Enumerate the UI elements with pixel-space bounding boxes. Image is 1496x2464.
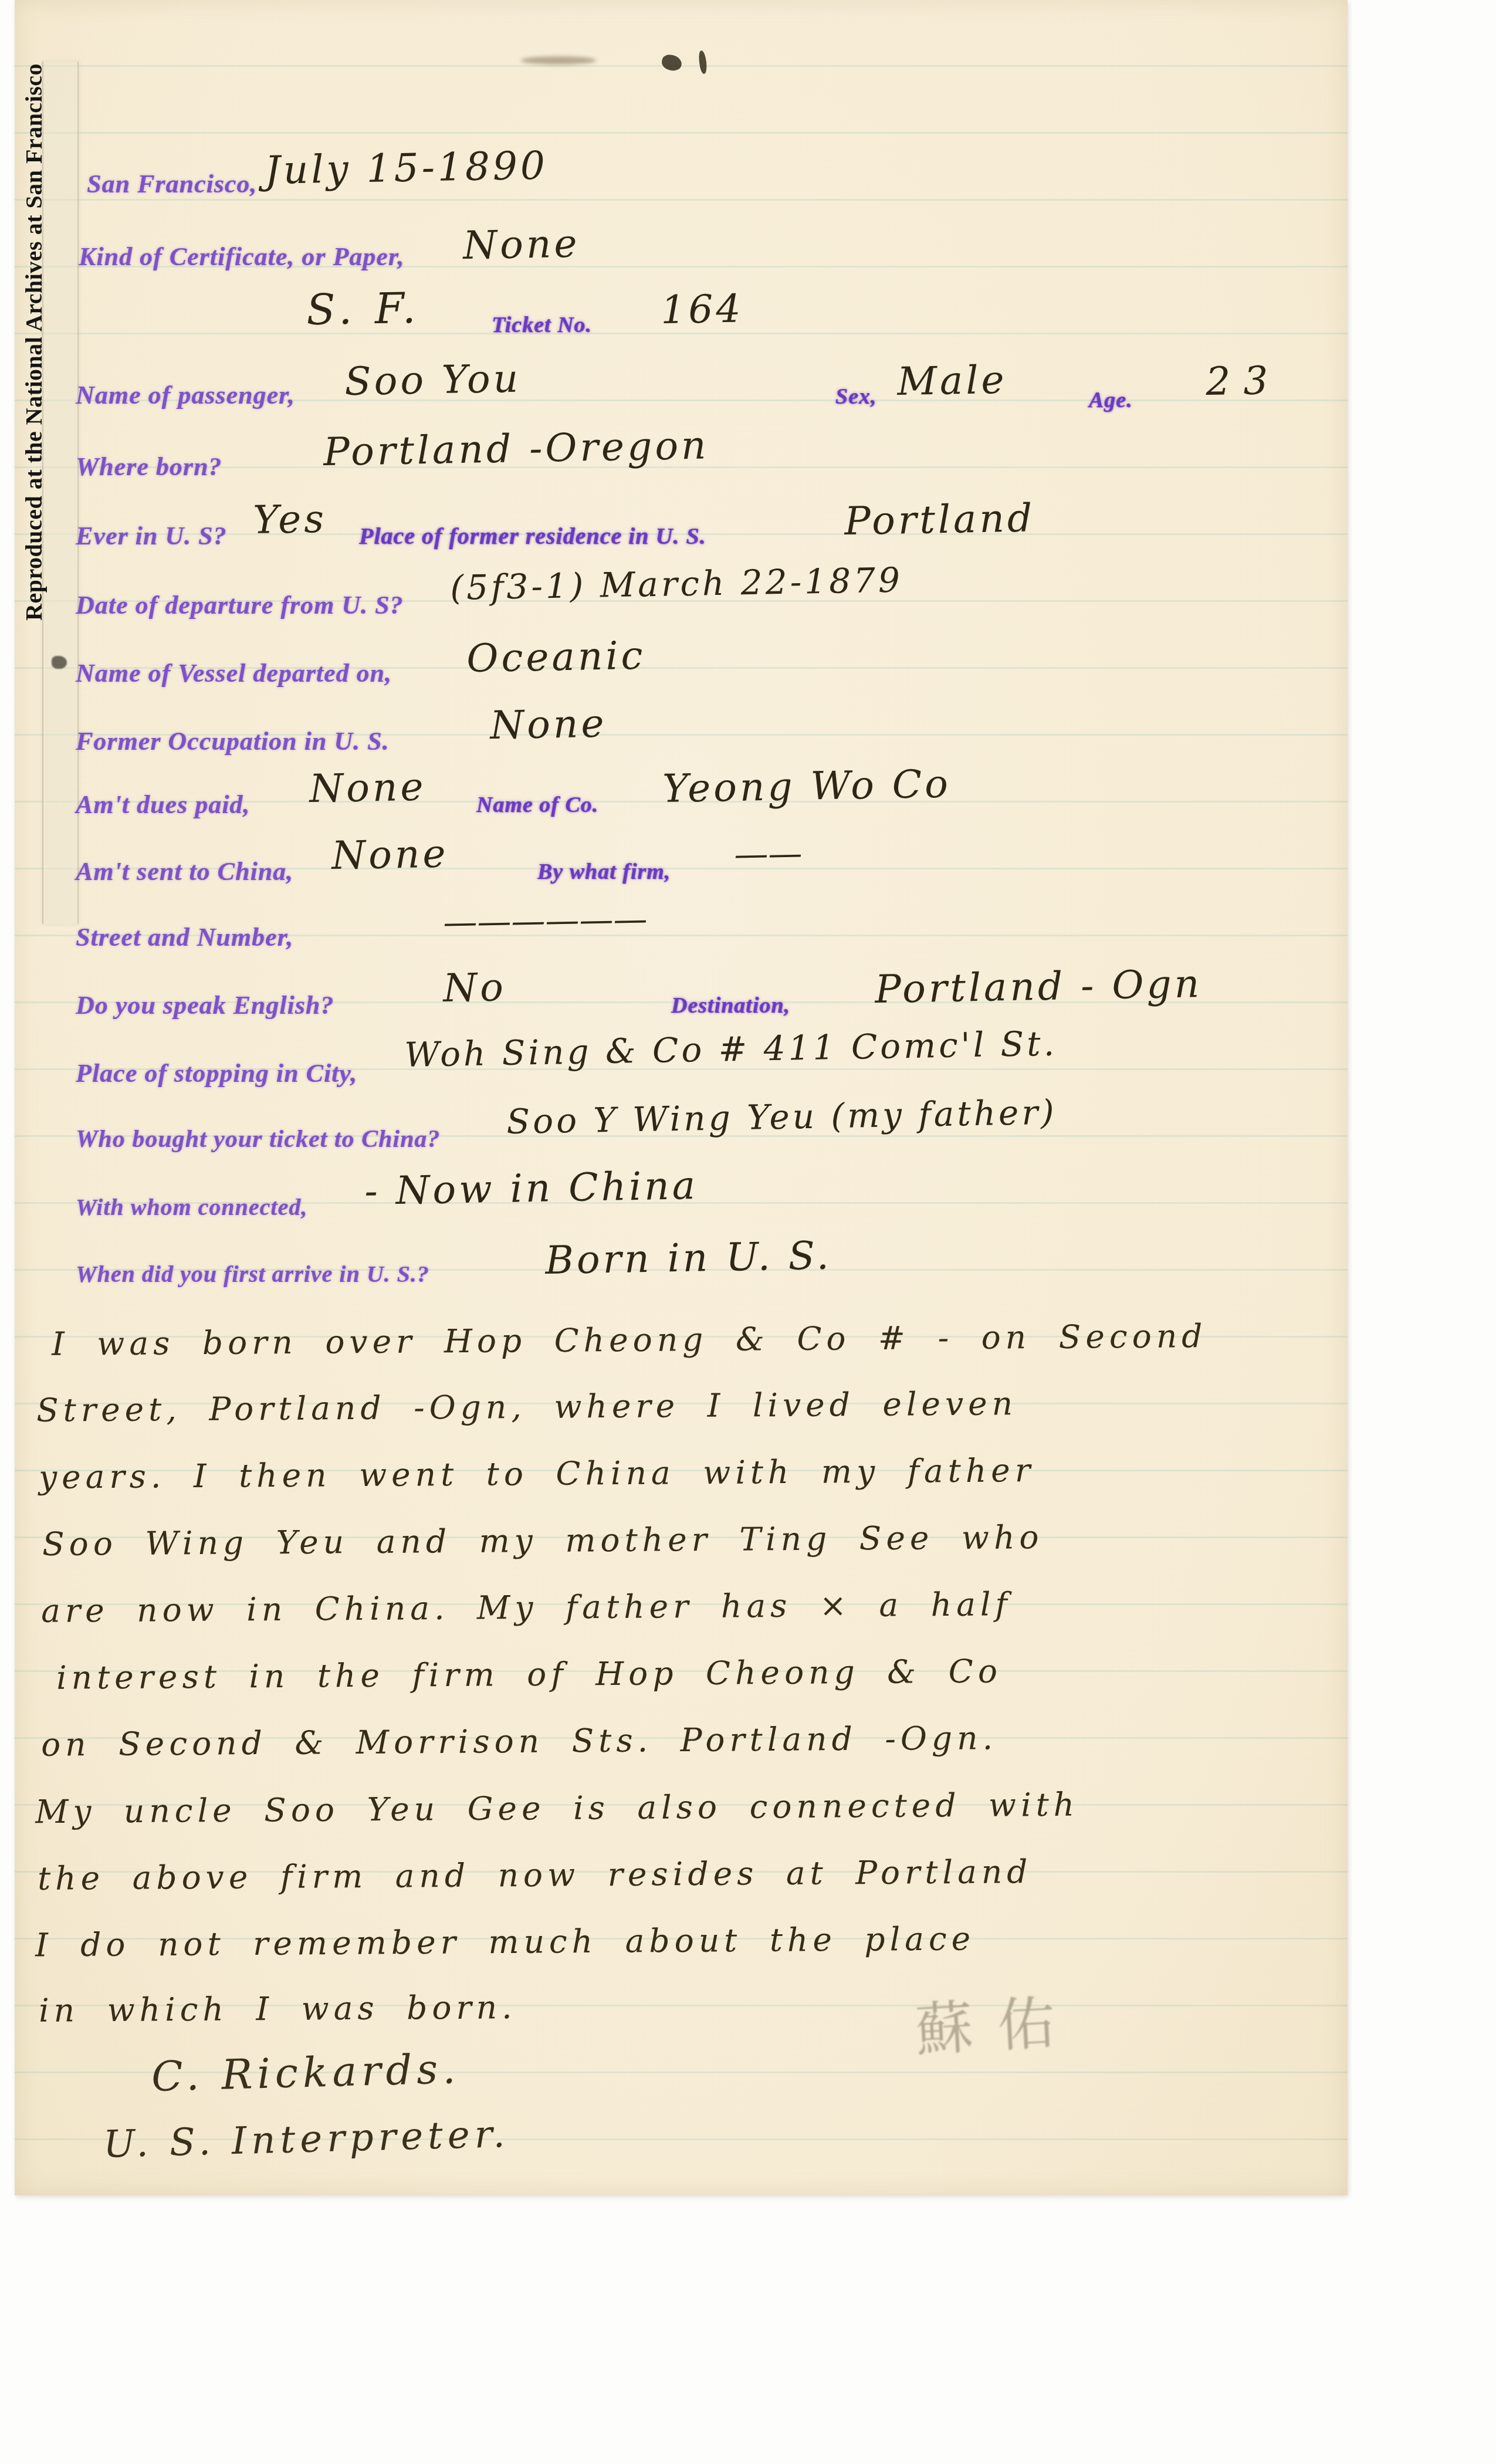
field-label-name-of-passenger: Name of passenger, [76, 380, 295, 410]
form-row-connected: With whom connected, - Now in China [0, 1167, 1496, 1244]
field-label-former-residence: Place of former residence in U. S. [359, 522, 706, 550]
field-label-street-and-number: Street and Number, [76, 922, 293, 952]
form-row-amount-sent: Am't sent to China, None By what firm, —… [0, 828, 1496, 905]
field-label-by-what-firm: By what firm, [537, 859, 671, 885]
field-value-date: July 15-1890 [265, 143, 549, 193]
field-value-occupation: None [490, 701, 607, 748]
statement-line: I do not remember much about the place [35, 1920, 976, 1964]
field-value-age: 23 [1206, 358, 1281, 404]
field-value-company: Yeong Wo Co [662, 761, 952, 811]
field-label-ever-in-us: Ever in U. S? [76, 521, 226, 551]
field-label-former-occupation: Former Occupation in U. S. [76, 726, 390, 756]
field-label-amt-dues-paid: Am't dues paid, [76, 790, 250, 820]
statement-line: Soo Wing Yeu and my mother Ting See who [42, 1518, 1044, 1563]
statement-line: Street, Portland -Ogn, where I lived ele… [36, 1385, 1017, 1429]
field-value-passenger-name: Soo You [344, 356, 522, 404]
statement-line: the above firm and now resides at Portla… [38, 1853, 1033, 1897]
form-row-departure: Date of departure from U. S? (5f3-1) Mar… [0, 567, 1496, 643]
field-value-former-residence: Portland [844, 495, 1035, 544]
form-row-first-arrival: When did you first arrive in U. S.? Born… [0, 1234, 1496, 1311]
field-value-ever-in-us: Yes [253, 496, 327, 543]
form-row-ticket: S. F. Ticket No. 164 [0, 285, 1496, 361]
field-value-departure-date: (5f3-1) March 22-1879 [450, 560, 903, 608]
field-label-san-francisco: San Francisco, [87, 169, 257, 199]
field-label-date-of-departure: Date of departure from U. S? [76, 590, 403, 620]
form-row-where-born: Where born? Portland -Oregon [0, 428, 1496, 505]
field-label-age: Age. [1089, 387, 1133, 413]
field-label-who-bought-ticket: Who bought your ticket to China? [76, 1125, 440, 1153]
field-value-sf: S. F. [306, 283, 421, 334]
field-label-place-of-stopping: Place of stopping in City, [76, 1058, 357, 1088]
form-row-date: San Francisco, July 15-1890 [0, 148, 1496, 224]
field-value-english: No [443, 964, 507, 1011]
interpreter-signature: C. Rickards. [151, 2045, 461, 2101]
statement-line: interest in the firm of Hop Cheong & Co [56, 1652, 1002, 1696]
field-label-speak-english: Do you speak English? [76, 990, 334, 1020]
field-value-firm-dash: —— [734, 833, 803, 874]
field-value-amt-sent: None [331, 831, 449, 878]
form-row-name: Name of passenger, Soo You Sex, Male Age… [0, 357, 1496, 433]
statement-line: years. I then went to China with my fath… [39, 1451, 1035, 1496]
field-value-dues: None [309, 764, 427, 811]
form-row-ticket-buyer: Who bought your ticket to China? Soo Y W… [0, 1099, 1496, 1176]
field-value-vessel: Oceanic [466, 633, 646, 681]
field-label-kind-of-certificate: Kind of Certificate, or Paper, [79, 242, 405, 272]
form-row-dues: Am't dues paid, None Name of Co. Yeong W… [0, 761, 1496, 838]
field-value-certificate: None [463, 221, 580, 268]
field-value-destination: Portland - Ogn [875, 961, 1203, 1012]
field-label-amt-sent-to-china: Am't sent to China, [76, 857, 293, 886]
field-label-ticket-no: Ticket No. [492, 312, 592, 338]
scanned-document-page: Reproduced at the National Archives at S… [0, 0, 1496, 2464]
field-label-sex: Sex, [835, 384, 877, 409]
field-value-ticket-buyer: Soo Y Wing Yeu (my father) [506, 1092, 1057, 1142]
statement-line: on Second & Morrison Sts. Portland -Ogn. [41, 1719, 998, 1763]
field-value-sex: Male [897, 357, 1007, 404]
field-value-first-arrival: Born in U. S. [545, 1233, 832, 1283]
chinese-name-annotation: 蘇佑 [913, 1976, 1082, 2067]
ink-smudge [521, 56, 596, 65]
field-label-with-whom-connected: With whom connected, [76, 1193, 307, 1221]
field-label-first-arrive-us: When did you first arrive in U. S.? [76, 1260, 429, 1288]
form-row-street: Street and Number, —————— [0, 896, 1496, 973]
field-value-ticket-no: 164 [661, 286, 744, 333]
statement-line: are now in China. My father has × a half [41, 1585, 1012, 1630]
field-label-destination: Destination, [671, 993, 790, 1018]
field-value-street-dash: —————— [443, 899, 648, 942]
statement-line: My uncle Soo Yeu Gee is also connected w… [35, 1786, 1079, 1830]
field-value-where-born: Portland -Oregon [323, 423, 709, 475]
field-label-vessel: Name of Vessel departed on, [76, 658, 392, 688]
form-row-vessel: Name of Vessel departed on, Oceanic [0, 635, 1496, 711]
field-value-connected: - Now in China [364, 1163, 699, 1214]
field-label-name-of-co: Name of Co. [476, 792, 598, 818]
field-label-where-born: Where born? [76, 452, 222, 482]
statement-line: in which I was born. [39, 1988, 517, 2029]
